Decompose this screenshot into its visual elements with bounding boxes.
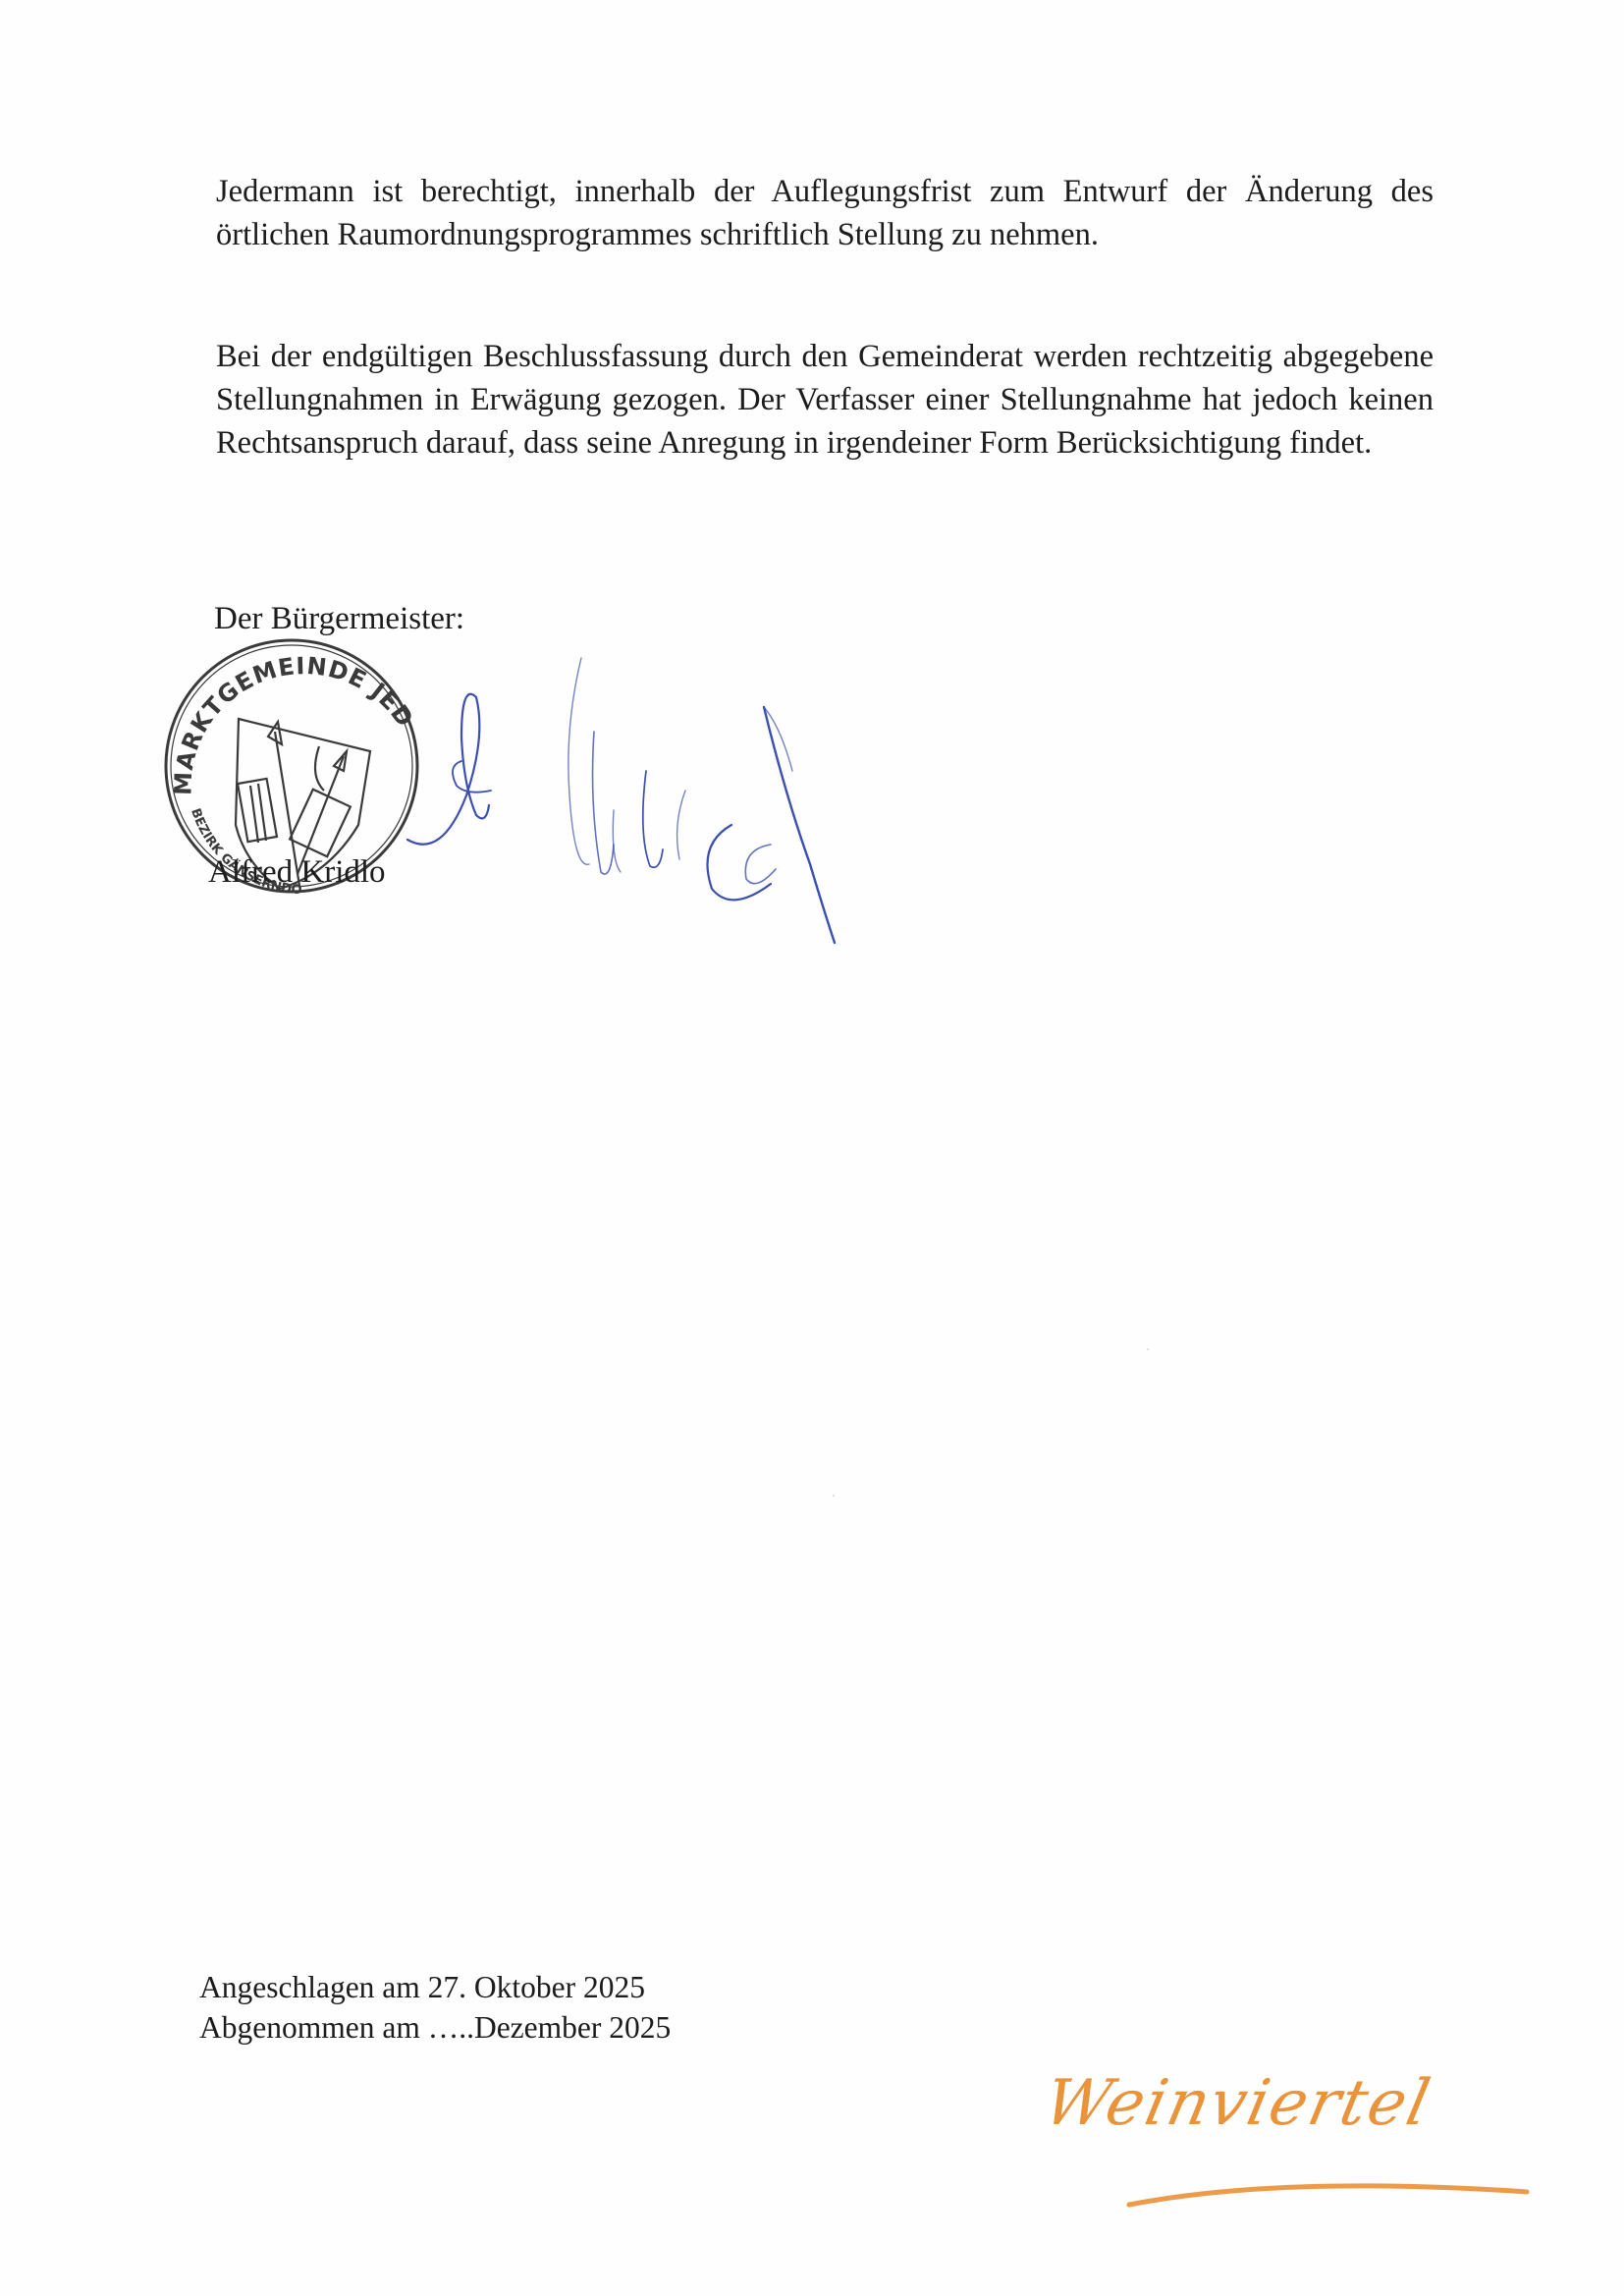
document-page: Jedermann ist berechtigt, innerhalb der … [0,0,1624,2296]
svg-text:MARKTGEMEINDE JEDENSPEIGEN: MARKTGEMEINDE JEDENSPEIGEN [152,629,419,795]
paragraph-objection-right: Jedermann ist berechtigt, innerhalb der … [216,170,1434,256]
signatory-name: Alfred Kridlo [208,854,386,891]
weinviertel-logo: Weinviertel [1036,2067,1566,2224]
logo-underline-icon [1036,2067,1566,2224]
scan-artifact [833,1495,835,1497]
signatory-title: Der Bürgermeister: [214,601,464,637]
posted-date-note: Angeschlagen am 27. Oktober 2025 [199,1968,645,2007]
paragraph-consideration: Bei der endgültigen Beschlussfassung dur… [216,335,1434,465]
scan-artifact [1147,1348,1149,1350]
handwritten-signature-icon [393,648,864,982]
removed-date-note: Abgenommen am …..Dezember 2025 [199,2008,671,2048]
stamp-outer-text: MARKTGEMEINDE JEDENSPEIGEN [152,629,419,795]
